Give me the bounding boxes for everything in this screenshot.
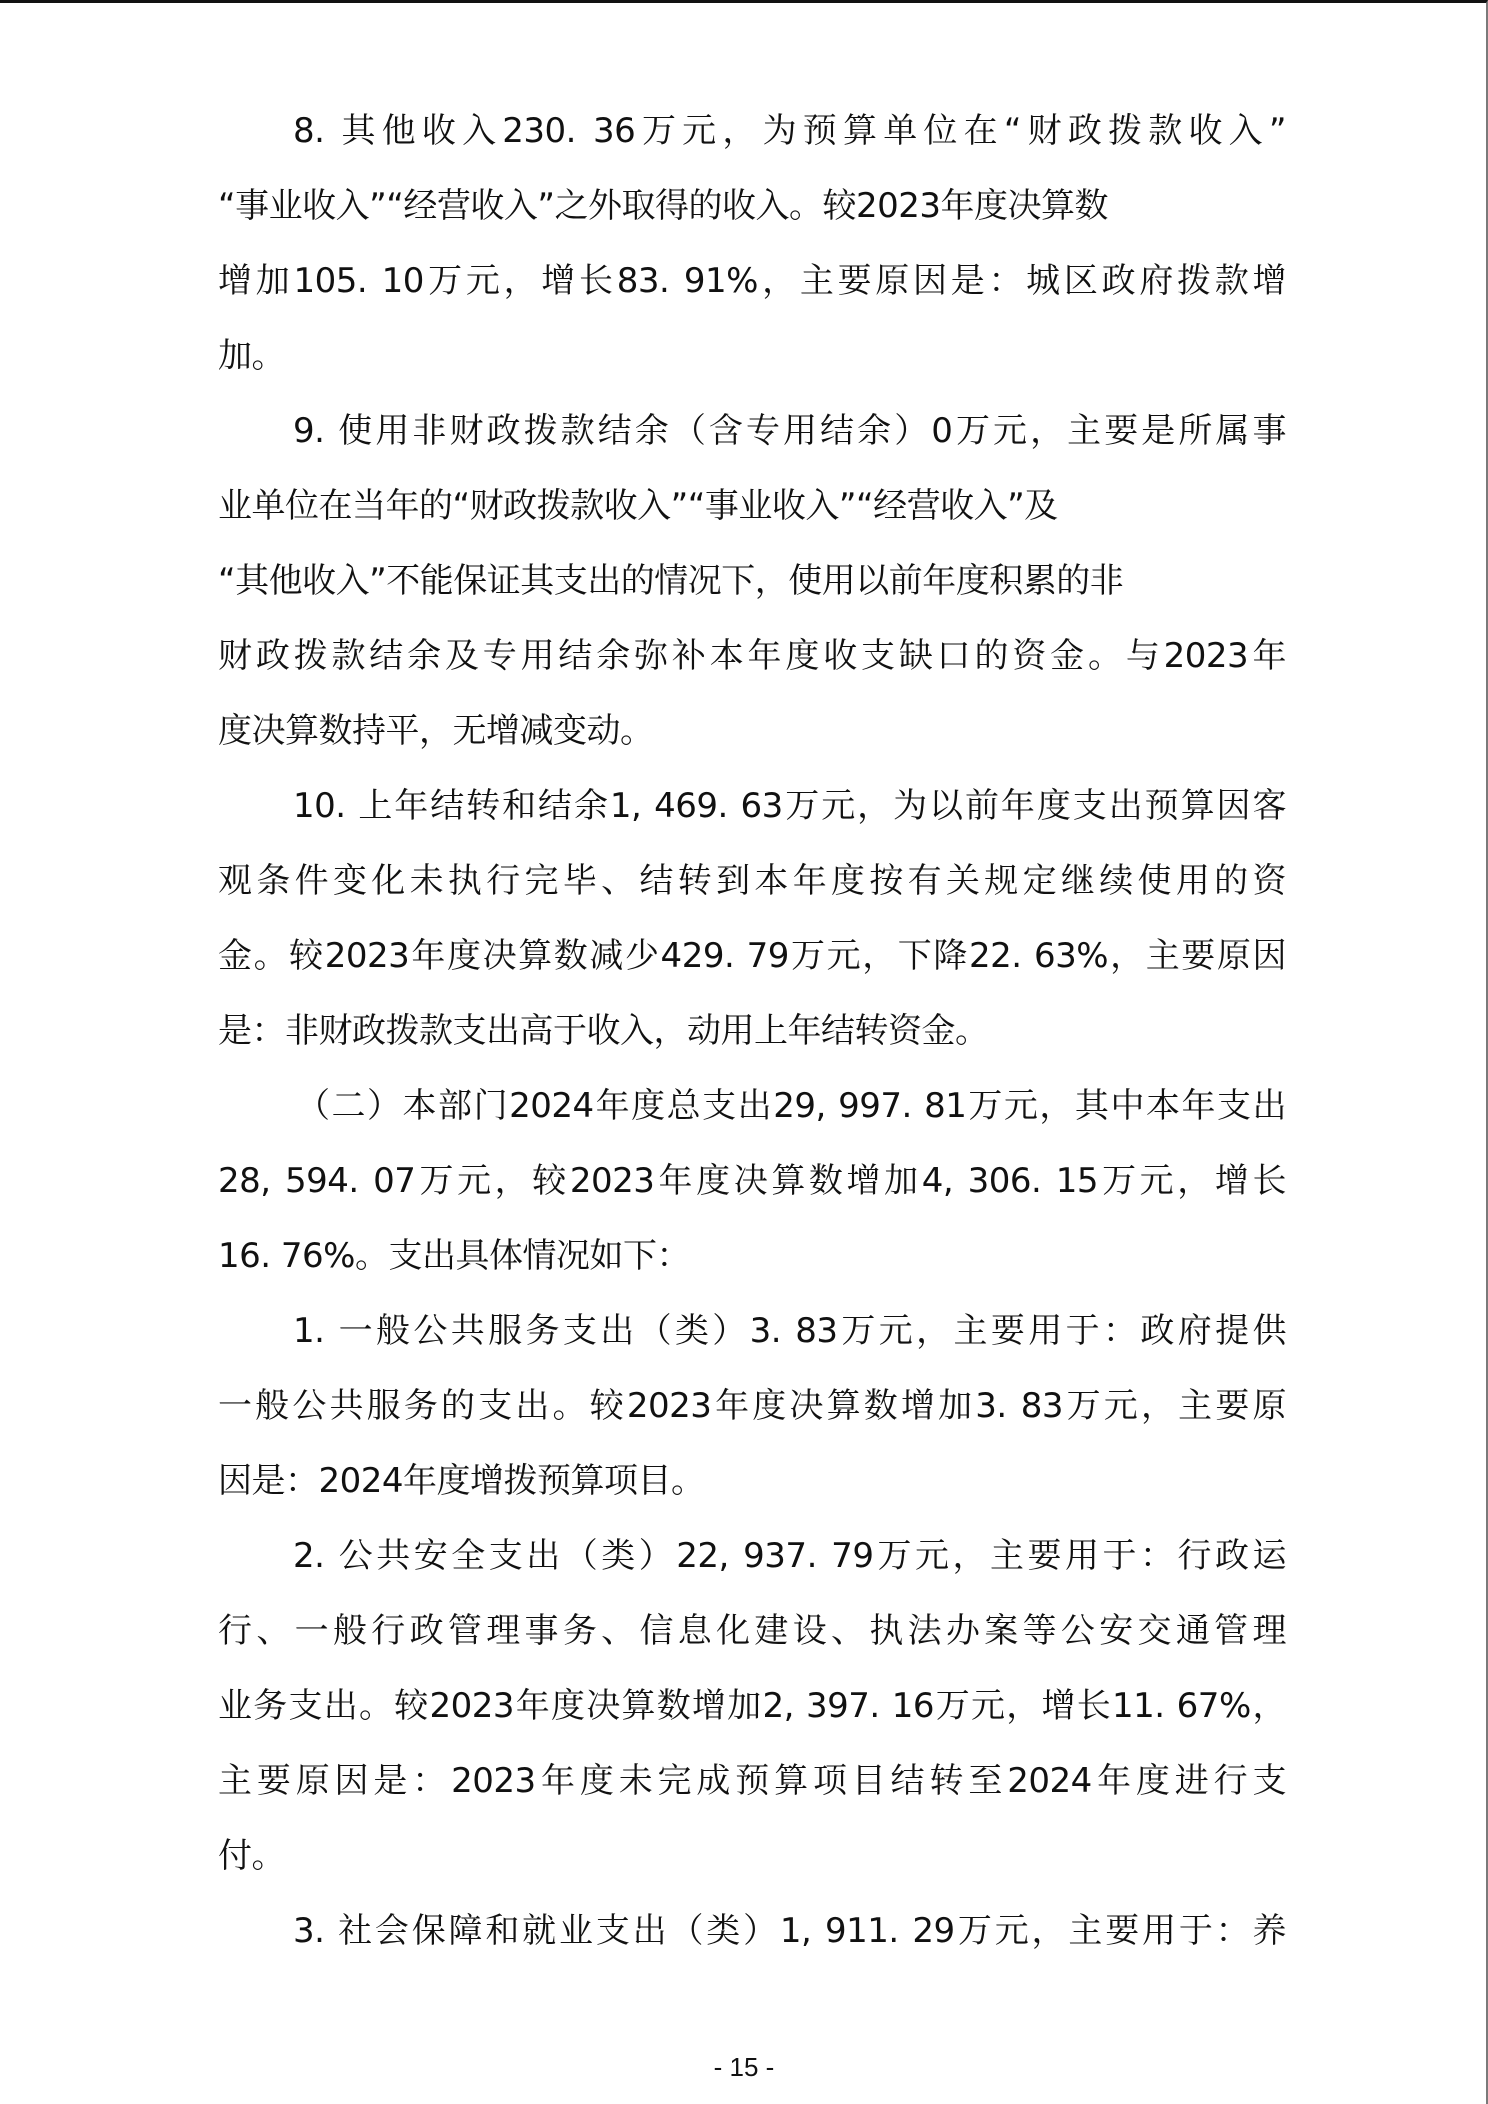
text-line: 因是：2024年度增拨预算项目。 xyxy=(218,1461,1286,1501)
text-line: 3. 社会保障和就业支出（类）1, 911. 29万元，主要用于：养 xyxy=(218,1911,1286,1951)
section-heading-line: （二）本部门2024年度总支出29, 997. 81万元，其中本年支出 xyxy=(218,1086,1286,1126)
text-line: 增加105. 10万元，增长83. 91%，主要原因是：城区政府拨款增 xyxy=(218,261,1286,301)
text-line: 16. 76%。支出具体情况如下： xyxy=(218,1236,1286,1276)
text-line: 行、一般行政管理事务、信息化建设、执法办案等公安交通管理 xyxy=(218,1611,1286,1651)
document-page: 8. 其他收入230. 36万元，为预算单位在“财政拨款收入” “事业收入”“经… xyxy=(0,0,1488,2104)
text-line: 28, 594. 07万元，较2023年度决算数增加4, 306. 15万元，增… xyxy=(218,1161,1286,1201)
text-line: 付。 xyxy=(218,1836,1286,1876)
text-line: 业务支出。较2023年度决算数增加2, 397. 16万元，增长11. 67%， xyxy=(218,1686,1286,1726)
text-line: 主要原因是：2023年度未完成预算项目结转至2024年度进行支 xyxy=(218,1761,1286,1801)
text-line: 加。 xyxy=(218,336,1286,376)
text-line: 10. 上年结转和结余1, 469. 63万元，为以前年度支出预算因客 xyxy=(218,786,1286,826)
text-line: 8. 其他收入230. 36万元，为预算单位在“财政拨款收入” xyxy=(218,111,1286,151)
text-line: 2. 公共安全支出（类）22, 937. 79万元，主要用于：行政运 xyxy=(218,1536,1286,1576)
text-line: “事业收入”“经营收入”之外取得的收入。较2023年度决算数 xyxy=(218,186,1286,226)
text-line: 一般公共服务的支出。较2023年度决算数增加3. 83万元，主要原 xyxy=(218,1386,1286,1426)
text-line: 业单位在当年的“财政拨款收入”“事业收入”“经营收入”及 xyxy=(218,486,1286,526)
text-line: “其他收入”不能保证其支出的情况下，使用以前年度积累的非 xyxy=(218,561,1286,601)
text-line: 财政拨款结余及专用结余弥补本年度收支缺口的资金。与2023年 xyxy=(218,636,1286,676)
text-line: 度决算数持平，无增减变动。 xyxy=(218,711,1286,751)
text-line: 是：非财政拨款支出高于收入，动用上年结转资金。 xyxy=(218,1011,1286,1051)
text-line: 1. 一般公共服务支出（类）3. 83万元，主要用于：政府提供 xyxy=(218,1311,1286,1351)
text-line: 9. 使用非财政拨款结余（含专用结余）0万元，主要是所属事 xyxy=(218,411,1286,451)
page-number: - 15 - xyxy=(0,2051,1488,2083)
text-line: 金。较2023年度决算数减少429. 79万元，下降22. 63%，主要原因 xyxy=(218,936,1286,976)
text-line: 观条件变化未执行完毕、结转到本年度按有关规定继续使用的资 xyxy=(218,861,1286,901)
